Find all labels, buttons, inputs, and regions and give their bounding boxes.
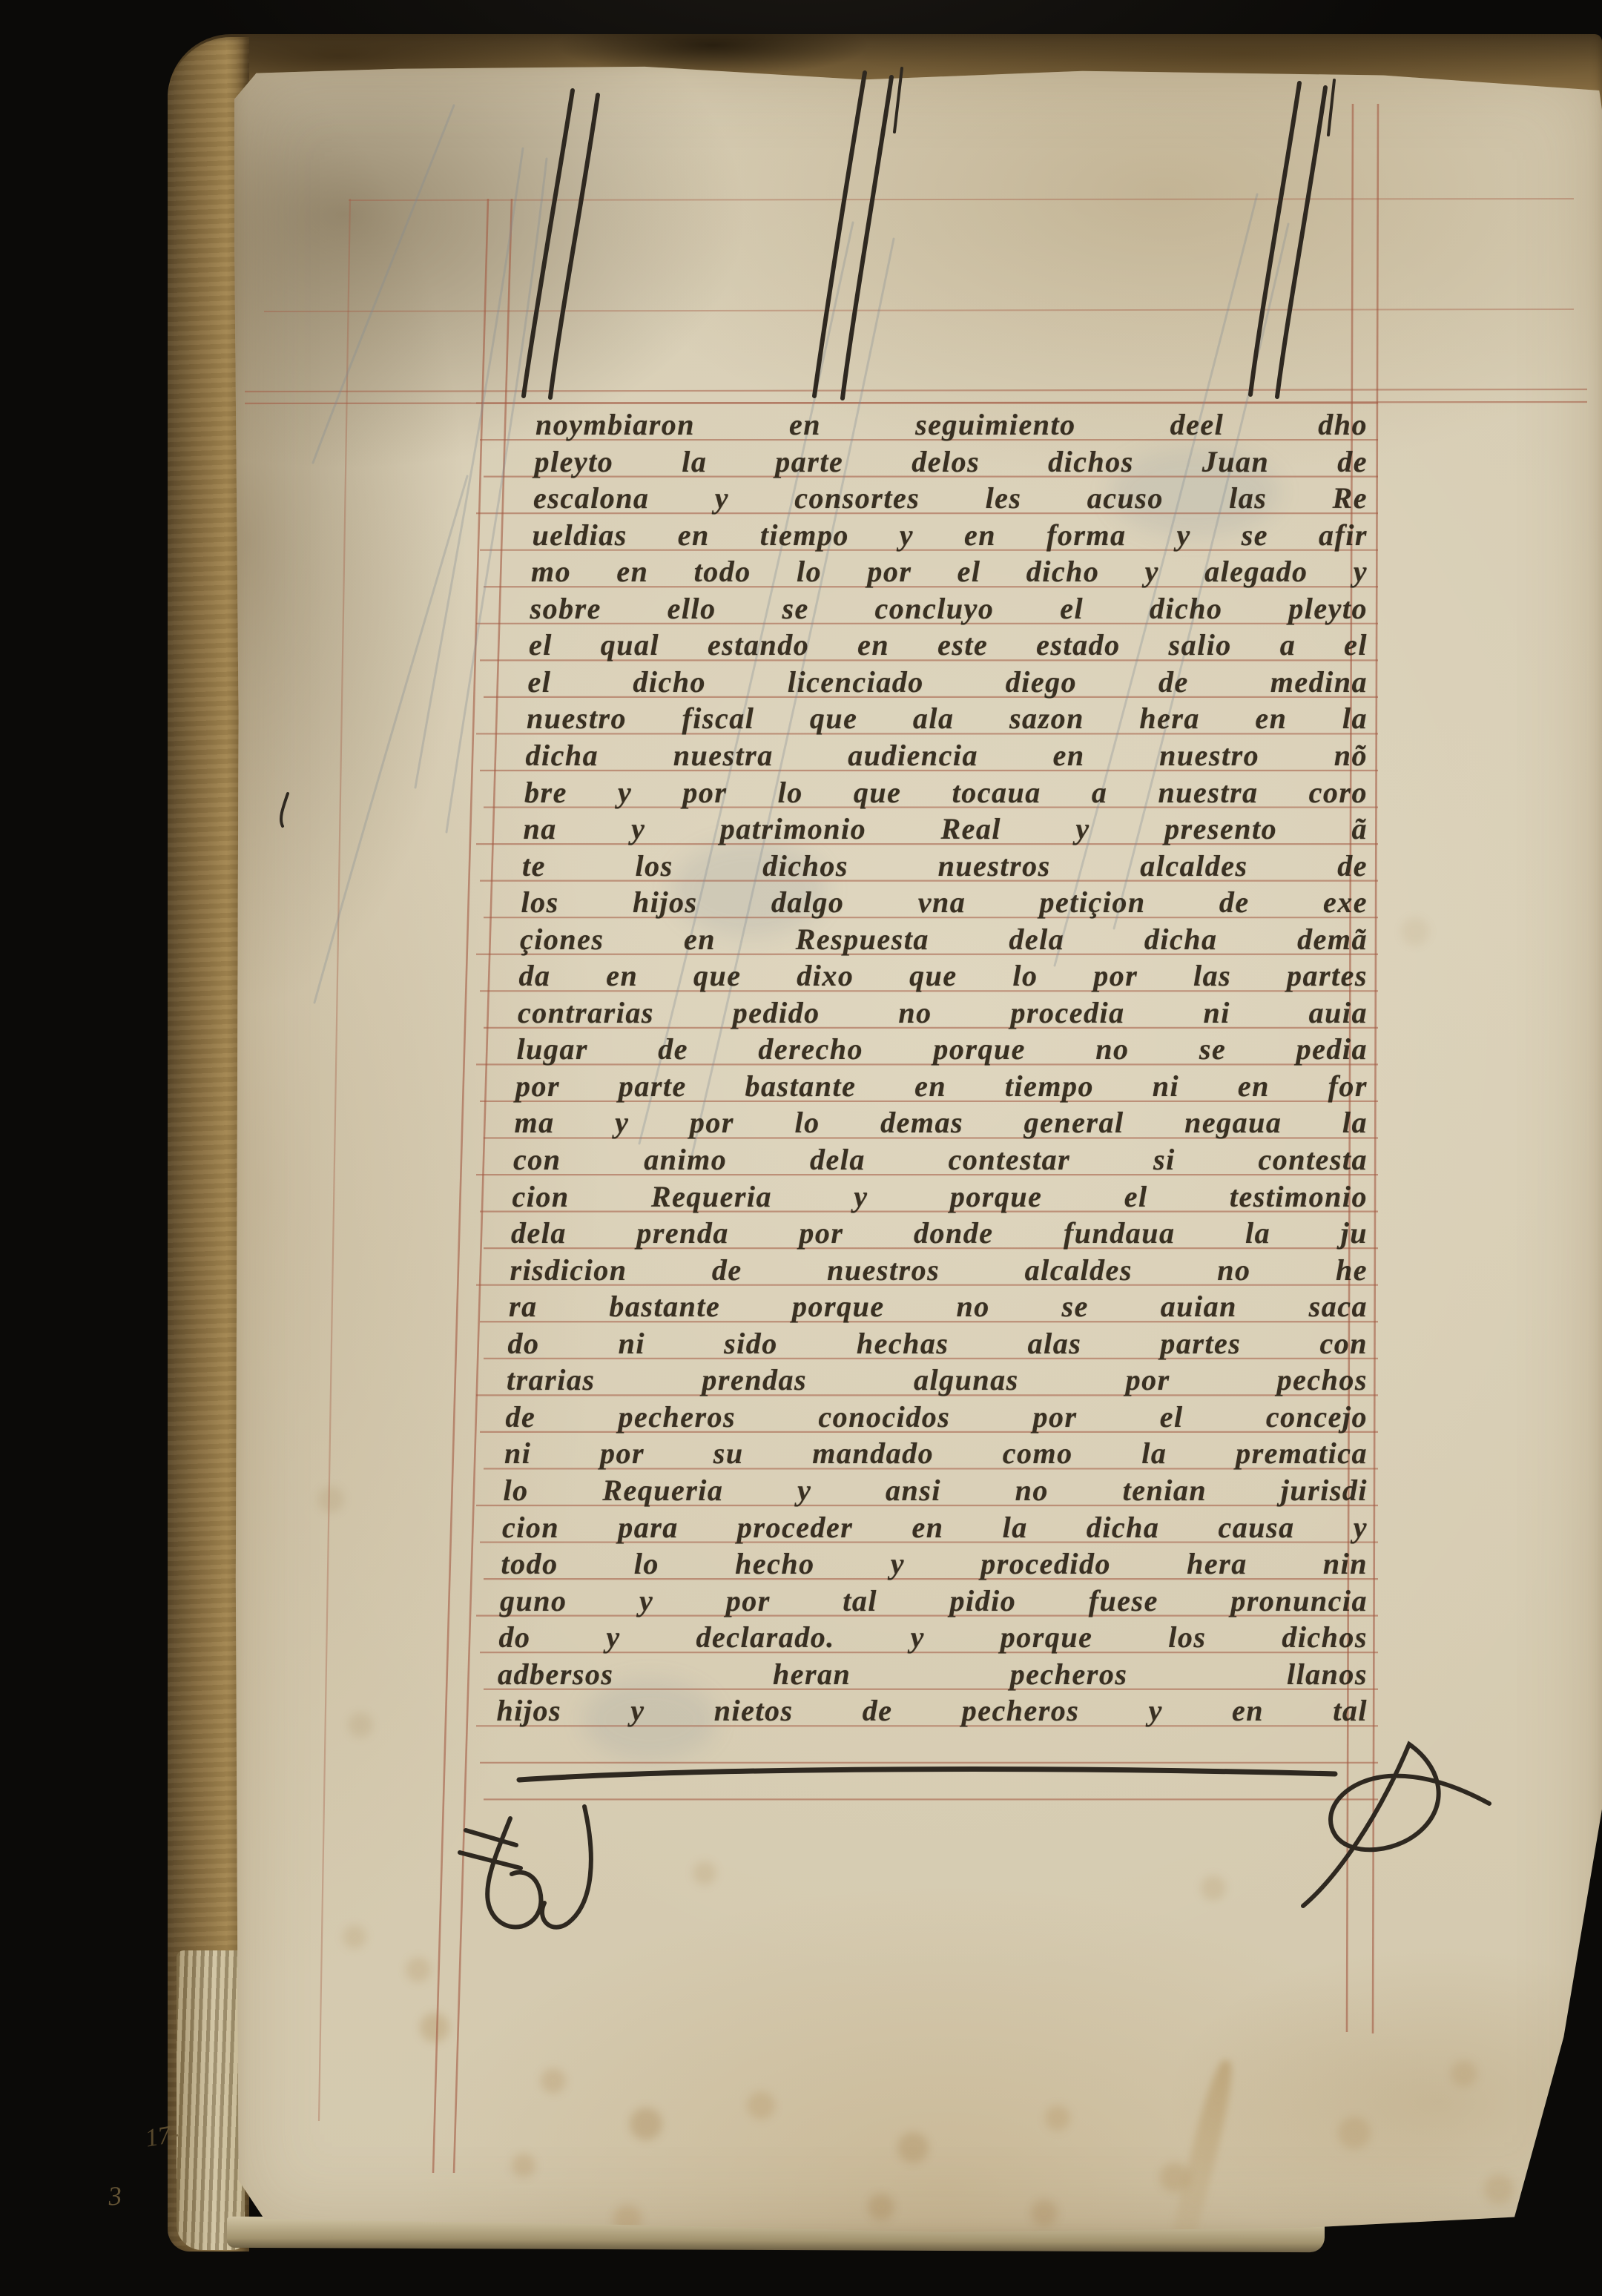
manuscript-line-2: pleyto la parte delos dichos Juan de	[535, 443, 1368, 481]
manuscript-line-22: cion Requeria y porque el testimonio	[512, 1178, 1368, 1215]
manuscript-line-27: trarias prendas algunas por pechos	[507, 1362, 1368, 1399]
manuscript-line-32: todo lo hecho y procedido hera nin	[501, 1545, 1368, 1583]
manuscript-line-12: na y patrimonio Real y presento ã	[524, 811, 1368, 848]
manuscript-line-20: ma y por lo demas general negaua la	[515, 1104, 1368, 1141]
manuscript-photo: noymbiaron en seguimiento deel dhopleyto…	[0, 0, 1602, 2296]
manuscript-line-21: con animo dela contestar si contesta	[513, 1141, 1368, 1178]
manuscript-line-14: los hijos dalgo vna petiçion de exe	[521, 884, 1368, 921]
manuscript-line-19: por parte bastante en tiempo ni en for	[515, 1068, 1368, 1105]
margin-mark-lower: 3	[108, 2180, 123, 2211]
manuscript-line-24: risdicion de nuestros alcaldes no he	[510, 1252, 1368, 1289]
manuscript-line-34: do y declarado. y porque los dichos	[499, 1619, 1368, 1656]
manuscript-line-1: noymbiaron en seguimiento deel dho	[535, 406, 1368, 443]
manuscript-line-36: hijos y nietos de pecheros y en tal	[497, 1692, 1368, 1729]
manuscript-line-23: dela prenda por donde fundaua la ju	[511, 1215, 1368, 1252]
manuscript-line-26: do ni sido hechas alas partes con	[508, 1325, 1368, 1362]
manuscript-line-30: lo Requeria y ansi no tenian jurisdi	[504, 1472, 1368, 1509]
margin-mark-upper: 17-	[143, 2119, 181, 2153]
manuscript-line-13: te los dichos nuestros alcaldes de	[522, 848, 1368, 885]
manuscript-line-5: mo en todo lo por el dicho y alegado y	[531, 553, 1368, 590]
manuscript-line-17: contrarias pedido no procedia ni auia	[518, 994, 1368, 1032]
manuscript-line-35: adbersos heran pecheros llanos	[498, 1656, 1368, 1693]
manuscript-text-block: noymbiaron en seguimiento deel dhopleyto…	[0, 0, 1602, 2296]
manuscript-line-33: guno y por tal pidio fuese pronuncia	[500, 1583, 1368, 1620]
manuscript-line-8: el dicho licenciado diego de medina	[528, 664, 1368, 701]
manuscript-line-7: el qual estando en este estado salio a e…	[529, 627, 1368, 664]
manuscript-line-11: bre y por lo que tocaua a nuestra coro	[524, 774, 1368, 811]
manuscript-line-9: nuestro fiscal que ala sazon hera en la	[527, 700, 1368, 737]
manuscript-line-25: ra bastante porque no se auian saca	[509, 1288, 1368, 1325]
manuscript-line-16: da en que dixo que lo por las partes	[519, 957, 1368, 994]
manuscript-line-28: de pecheros conocidos por el concejo	[506, 1399, 1368, 1436]
manuscript-line-15: çiones en Respuesta dela dicha demã	[520, 921, 1368, 958]
manuscript-line-18: lugar de derecho porque no se pedia	[517, 1031, 1368, 1068]
manuscript-line-29: ni por su mandado como la prematica	[504, 1435, 1368, 1472]
manuscript-line-4: ueldias en tiempo y en forma y se afir	[533, 517, 1368, 554]
manuscript-line-3: escalona y consortes les acuso las Re	[533, 480, 1368, 517]
manuscript-line-31: cion para proceder en la dicha causa y	[502, 1509, 1368, 1546]
manuscript-line-10: dicha nuestra audiencia en nuestro nõ	[526, 737, 1368, 774]
manuscript-line-6: sobre ello se concluyo el dicho pleyto	[530, 590, 1368, 627]
